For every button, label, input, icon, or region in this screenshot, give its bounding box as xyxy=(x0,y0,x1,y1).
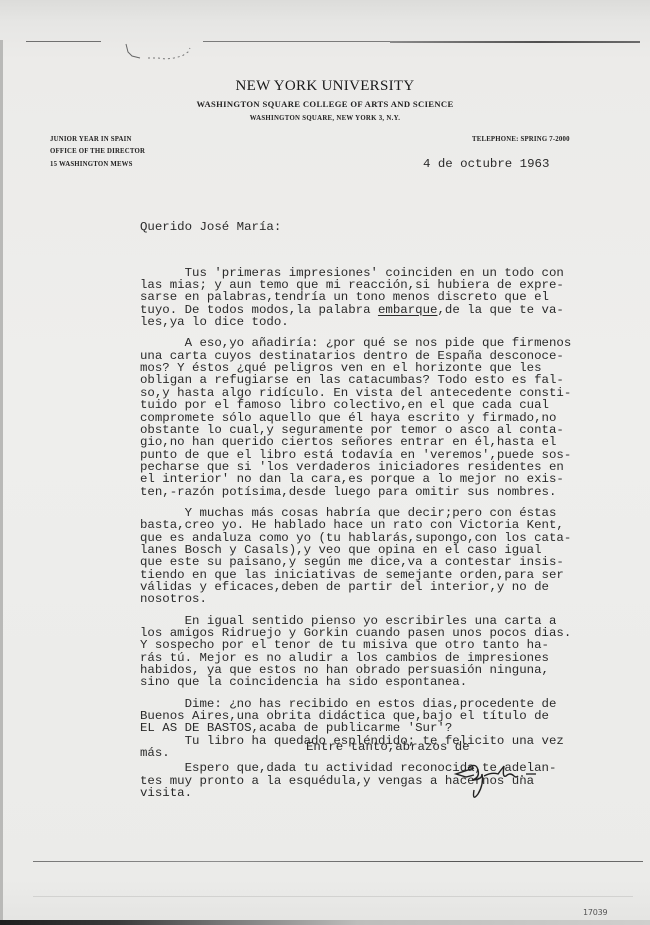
text-line: A eso,yo añadiría: ¿por qué se nos pide … xyxy=(140,337,571,349)
text-line: que este su paisano,y según me dice,va a… xyxy=(140,556,571,568)
letter-page: NEW YORK UNIVERSITY WASHINGTON SQUARE CO… xyxy=(0,0,650,925)
office-line: OFFICE OF THE DIRECTOR xyxy=(50,146,145,158)
letterhead-institution: NEW YORK UNIVERSITY xyxy=(0,78,650,95)
office-line: JUNIOR YEAR IN SPAIN xyxy=(50,134,145,146)
text-line: ten,-razón potísima,desde luego para omi… xyxy=(140,486,571,498)
closing: Entre tanto,abrazos de xyxy=(306,740,470,754)
text-line: sino que la coincidencia ha sido esponta… xyxy=(140,676,571,688)
text-line: basta,creo yo. He hablado hace un rato c… xyxy=(140,519,571,531)
torn-edge-mark xyxy=(100,42,198,60)
scan-edge xyxy=(0,920,650,925)
text-line: compromete sólo aquello que él haya escr… xyxy=(140,412,571,424)
letter-body: Querido José María: Tus 'primeras impres… xyxy=(140,196,571,799)
text-line: les,ya lo dice todo. xyxy=(140,316,571,328)
salutation: Querido José María: xyxy=(140,221,571,233)
text-line: Y sospecho por el tenor de tu misiva que… xyxy=(140,639,571,651)
top-rule xyxy=(26,41,101,42)
telephone: TELEPHONE: SPRING 7-2000 xyxy=(472,136,570,143)
letterhead-college: WASHINGTON SQUARE COLLEGE OF ARTS AND SC… xyxy=(0,99,650,109)
text-line: sarse en palabras,tendría un tono menos … xyxy=(140,291,571,303)
text-line: nosotros. xyxy=(140,593,571,605)
underlined-word: embarque xyxy=(378,303,438,317)
paragraph: Tus 'primeras impresiones' coinciden en … xyxy=(140,267,571,329)
signature xyxy=(452,760,542,805)
letter-date: 4 de octubre 1963 xyxy=(423,157,549,171)
bottom-rule xyxy=(33,861,643,862)
office-block: JUNIOR YEAR IN SPAIN OFFICE OF THE DIREC… xyxy=(50,134,145,171)
text-line: gio,no han querido ciertos señores entra… xyxy=(140,436,571,448)
text-line: tuido por el famoso libro colectivo,en e… xyxy=(140,399,571,411)
text-line: obligan a refugiarse en las catacumbas? … xyxy=(140,374,571,386)
letterhead-address: WASHINGTON SQUARE, NEW YORK 3, N.Y. xyxy=(0,115,650,122)
paragraph: Dime: ¿no has recibido en estos dias,pro… xyxy=(140,698,571,735)
archive-number: 17039 xyxy=(583,908,607,917)
office-line: 15 WASHINGTON MEWS xyxy=(50,159,145,171)
paragraph: Y muchas más cosas habría que decir;pero… xyxy=(140,507,571,606)
text-line: el interior' no dan la cara,es porque a … xyxy=(140,473,571,485)
text-line: EL AS DE BASTOS,acaba de publicarme 'Sur… xyxy=(140,722,571,734)
paragraph: A eso,yo añadiría: ¿por qué se nos pide … xyxy=(140,337,571,497)
paragraph: En igual sentido pienso yo escribirles u… xyxy=(140,615,571,689)
paper-edge xyxy=(0,40,3,920)
bottom-rule xyxy=(33,896,633,897)
top-rule xyxy=(390,41,640,43)
